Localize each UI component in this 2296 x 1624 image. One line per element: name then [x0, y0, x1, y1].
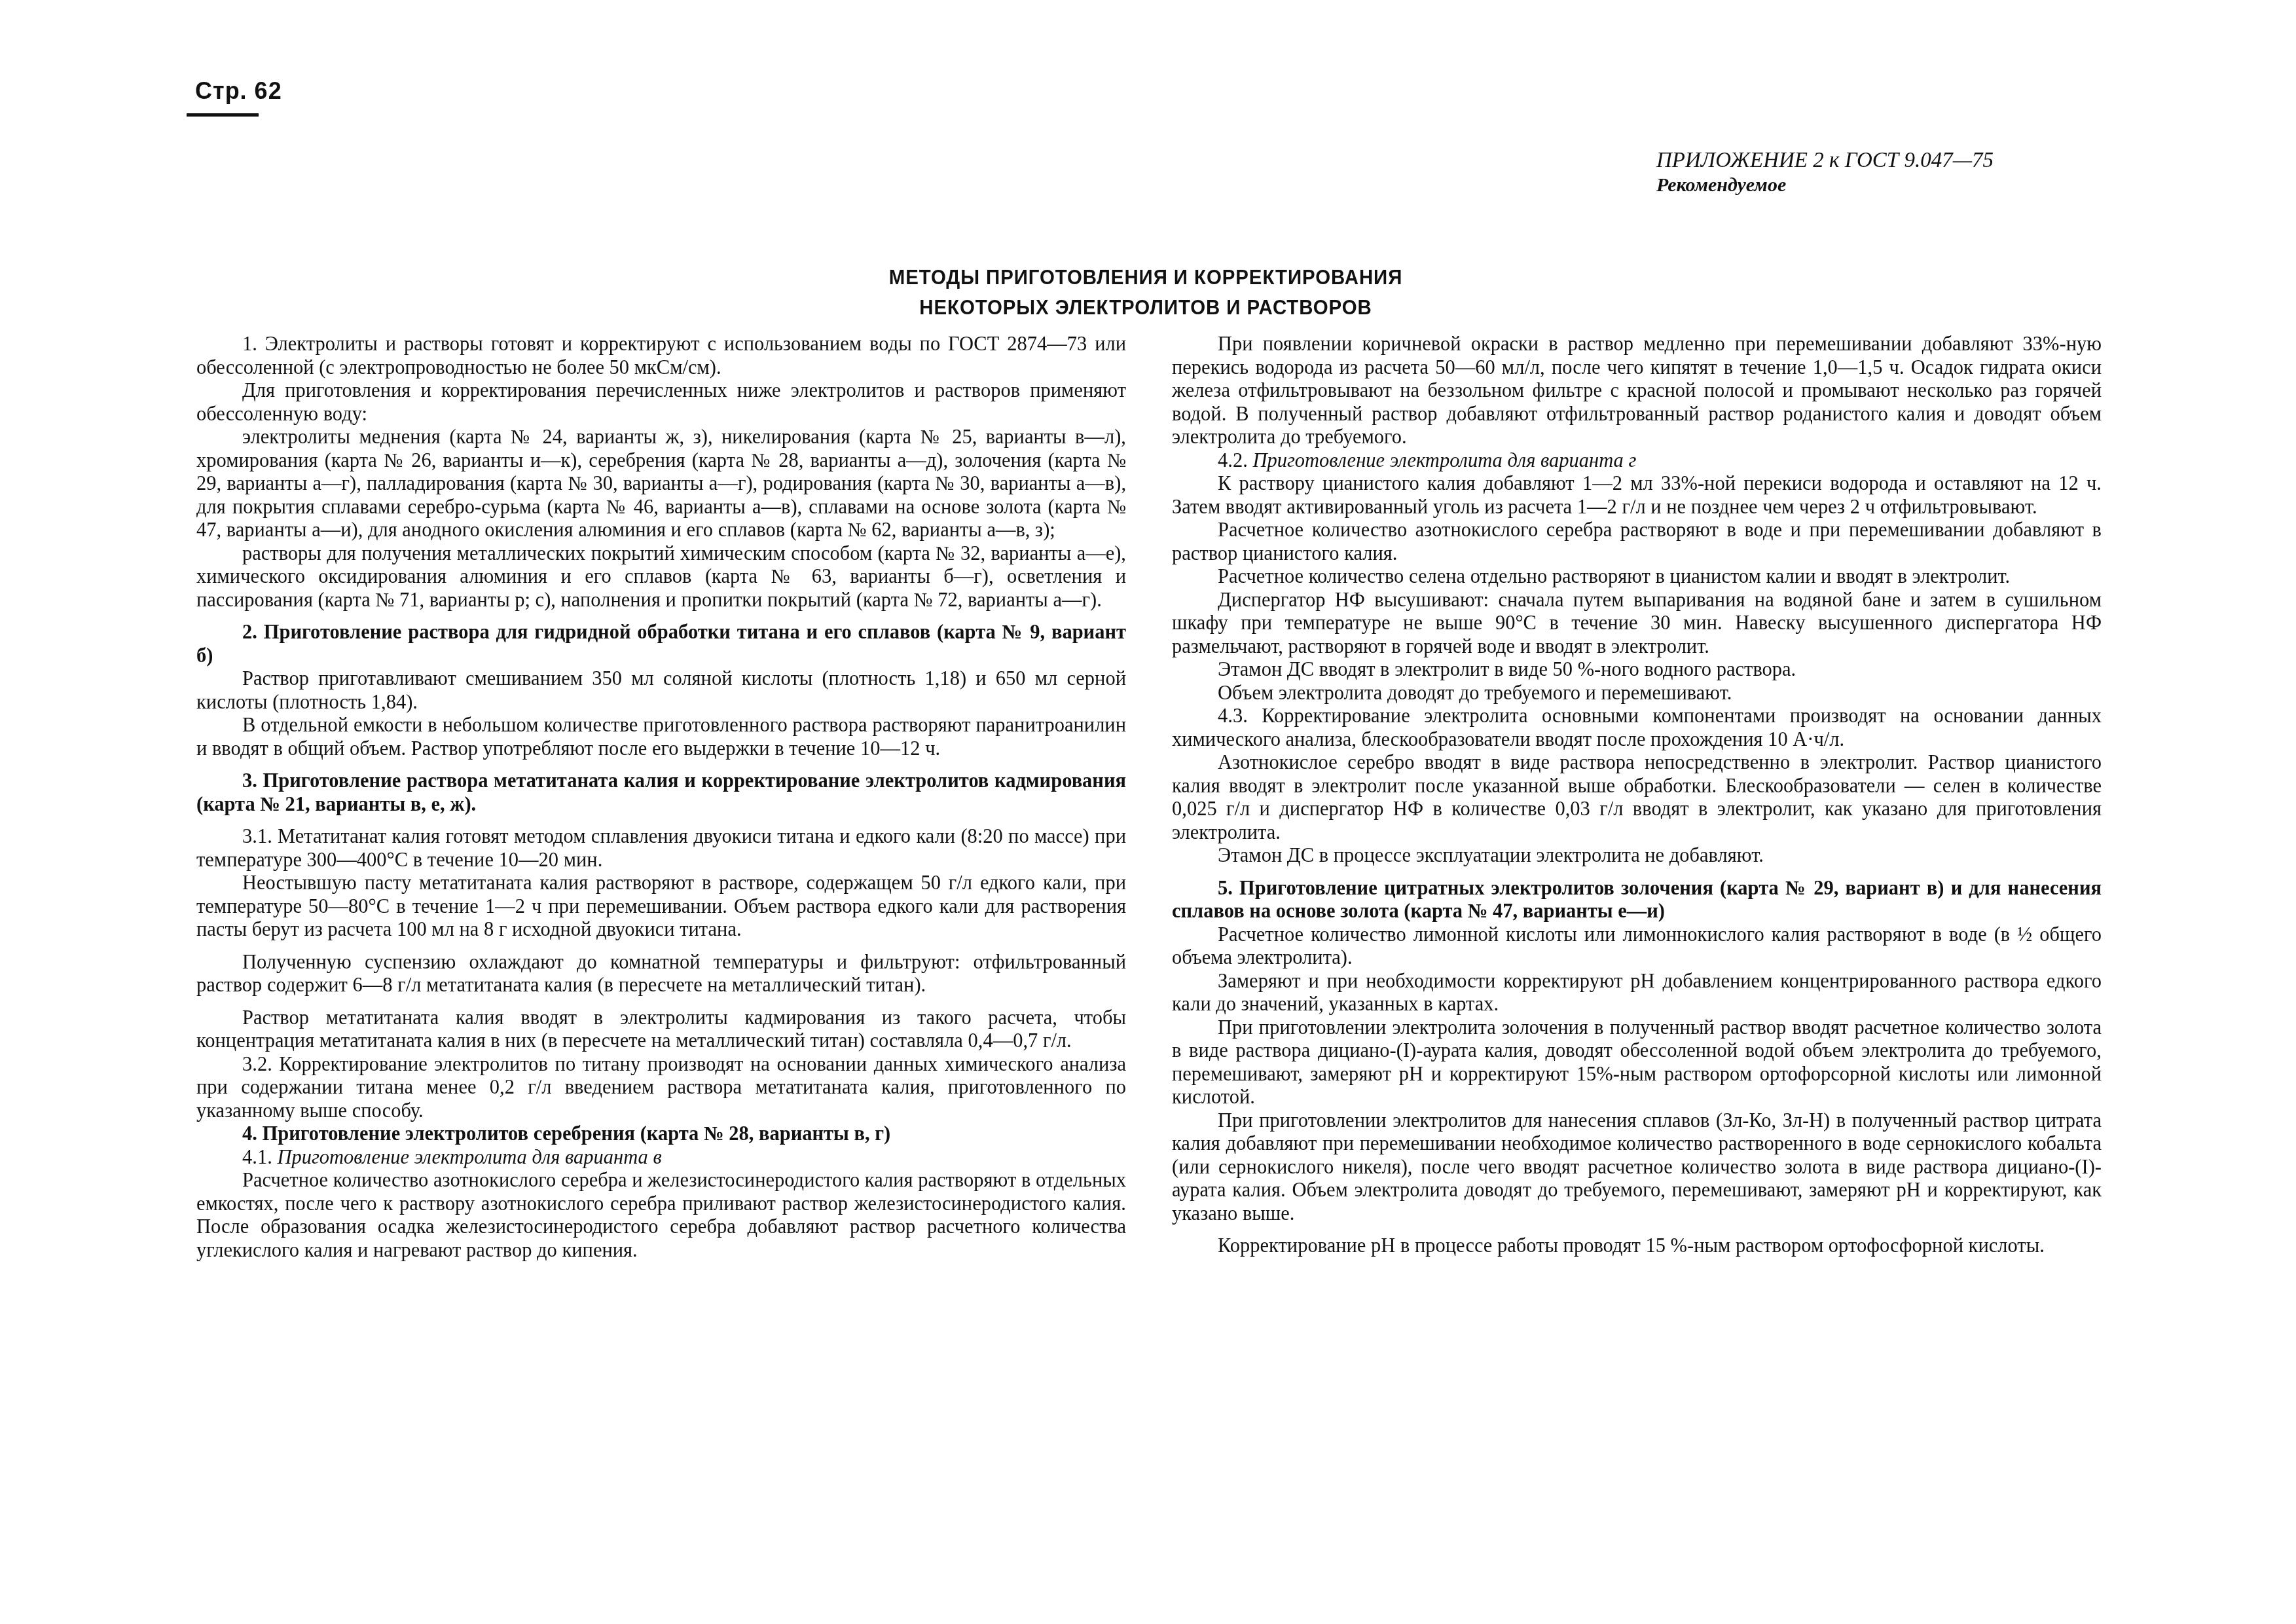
- section-heading: 4. Приготовление электролитов серебрения…: [196, 1122, 1126, 1146]
- paragraph: Расчетное количество азотнокислого сереб…: [1172, 519, 2102, 565]
- document-title: МЕТОДЫ ПРИГОТОВЛЕНИЯ И КОРРЕКТИРОВАНИЯ Н…: [754, 262, 1537, 322]
- paragraph: Расчетное количество селена отдельно рас…: [1172, 565, 2102, 589]
- paragraph: Диспергатор НФ высушивают: сначала путем…: [1172, 589, 2102, 659]
- paragraph: К раствору цианистого калия добавляют 1—…: [1172, 472, 2102, 519]
- paragraph: Раствор приготавливают смешиванием 350 м…: [196, 667, 1126, 714]
- paragraph: Этамон ДС в процессе эксплуатации электр…: [1172, 844, 2102, 868]
- paragraph: Полученную суспензию охлаждают до комнат…: [196, 951, 1126, 997]
- section-heading: 5. Приготовление цитратных электролитов …: [1172, 877, 2102, 923]
- paragraph: Этамон ДС вводят в электролит в виде 50 …: [1172, 658, 2102, 682]
- paragraph: 1. Электролиты и растворы готовят и корр…: [196, 333, 1126, 379]
- paragraph: Корректирование pH в процессе работы про…: [1172, 1234, 2102, 1258]
- subsection-heading: 4.1. Приготовление электролита для вариа…: [196, 1146, 1126, 1170]
- page-number: Стр. 62: [195, 77, 282, 105]
- paragraph: При приготовлении электролитов для нанес…: [1172, 1109, 2102, 1226]
- paragraph: Замеряют и при необходимости корректирую…: [1172, 970, 2102, 1016]
- page-number-rule: [187, 113, 259, 117]
- paragraph: Азотнокислое серебро вводят в виде раств…: [1172, 751, 2102, 844]
- paragraph: Неостывшую пасту метатитаната калия раст…: [196, 872, 1126, 942]
- title-line-1: МЕТОДЫ ПРИГОТОВЛЕНИЯ И КОРРЕКТИРОВАНИЯ: [754, 262, 1537, 292]
- subsection-number: 4.1.: [242, 1146, 277, 1168]
- paragraph: Объем электролита доводят до требуемого …: [1172, 682, 2102, 705]
- appendix-status: Рекомендуемое: [1656, 173, 1994, 198]
- paragraph: 4.3. Корректирование электролита основны…: [1172, 705, 2102, 751]
- paragraph: растворы для получения металлических пок…: [196, 542, 1126, 612]
- paragraph: 3.2. Корректирование электролитов по тит…: [196, 1053, 1126, 1123]
- section-heading: 3. Приготовление раствора метатитаната к…: [196, 769, 1126, 816]
- subsection-number: 4.2.: [1218, 449, 1252, 471]
- paragraph: Расчетное количество лимонной кислоты ил…: [1172, 923, 2102, 970]
- subsection-heading: 4.2. Приготовление электролита для вариа…: [1172, 449, 2102, 473]
- paragraph: При приготовлении электролита золочения …: [1172, 1016, 2102, 1109]
- section-heading: 2. Приготовление раствора для гидридной …: [196, 621, 1126, 667]
- paragraph: электролиты меднения (карта № 24, вариан…: [196, 426, 1126, 542]
- paragraph: Расчетное количество азотнокислого сереб…: [196, 1169, 1126, 1262]
- right-column: При появлении коричневой окраски в раств…: [1172, 333, 2102, 1258]
- subsection-title: Приготовление электролита для варианта в: [277, 1146, 661, 1168]
- subsection-title: Приготовление электролита для варианта г: [1252, 449, 1636, 471]
- appendix-line: ПРИЛОЖЕНИЕ 2 к ГОСТ 9.047—75: [1656, 148, 1994, 173]
- paragraph: Для приготовления и корректирования пере…: [196, 379, 1126, 426]
- appendix-header: ПРИЛОЖЕНИЕ 2 к ГОСТ 9.047—75 Рекомендуем…: [1656, 148, 1994, 198]
- paragraph: В отдельной емкости в небольшом количест…: [196, 714, 1126, 760]
- paragraph: 3.1. Метатитанат калия готовят методом с…: [196, 825, 1126, 872]
- paragraph: При появлении коричневой окраски в раств…: [1172, 333, 2102, 449]
- title-line-2: НЕКОТОРЫХ ЭЛЕКТРОЛИТОВ И РАСТВОРОВ: [754, 292, 1537, 322]
- paragraph: Раствор метатитаната калия вводят в элек…: [196, 1006, 1126, 1053]
- left-column: 1. Электролиты и растворы готовят и корр…: [196, 333, 1126, 1262]
